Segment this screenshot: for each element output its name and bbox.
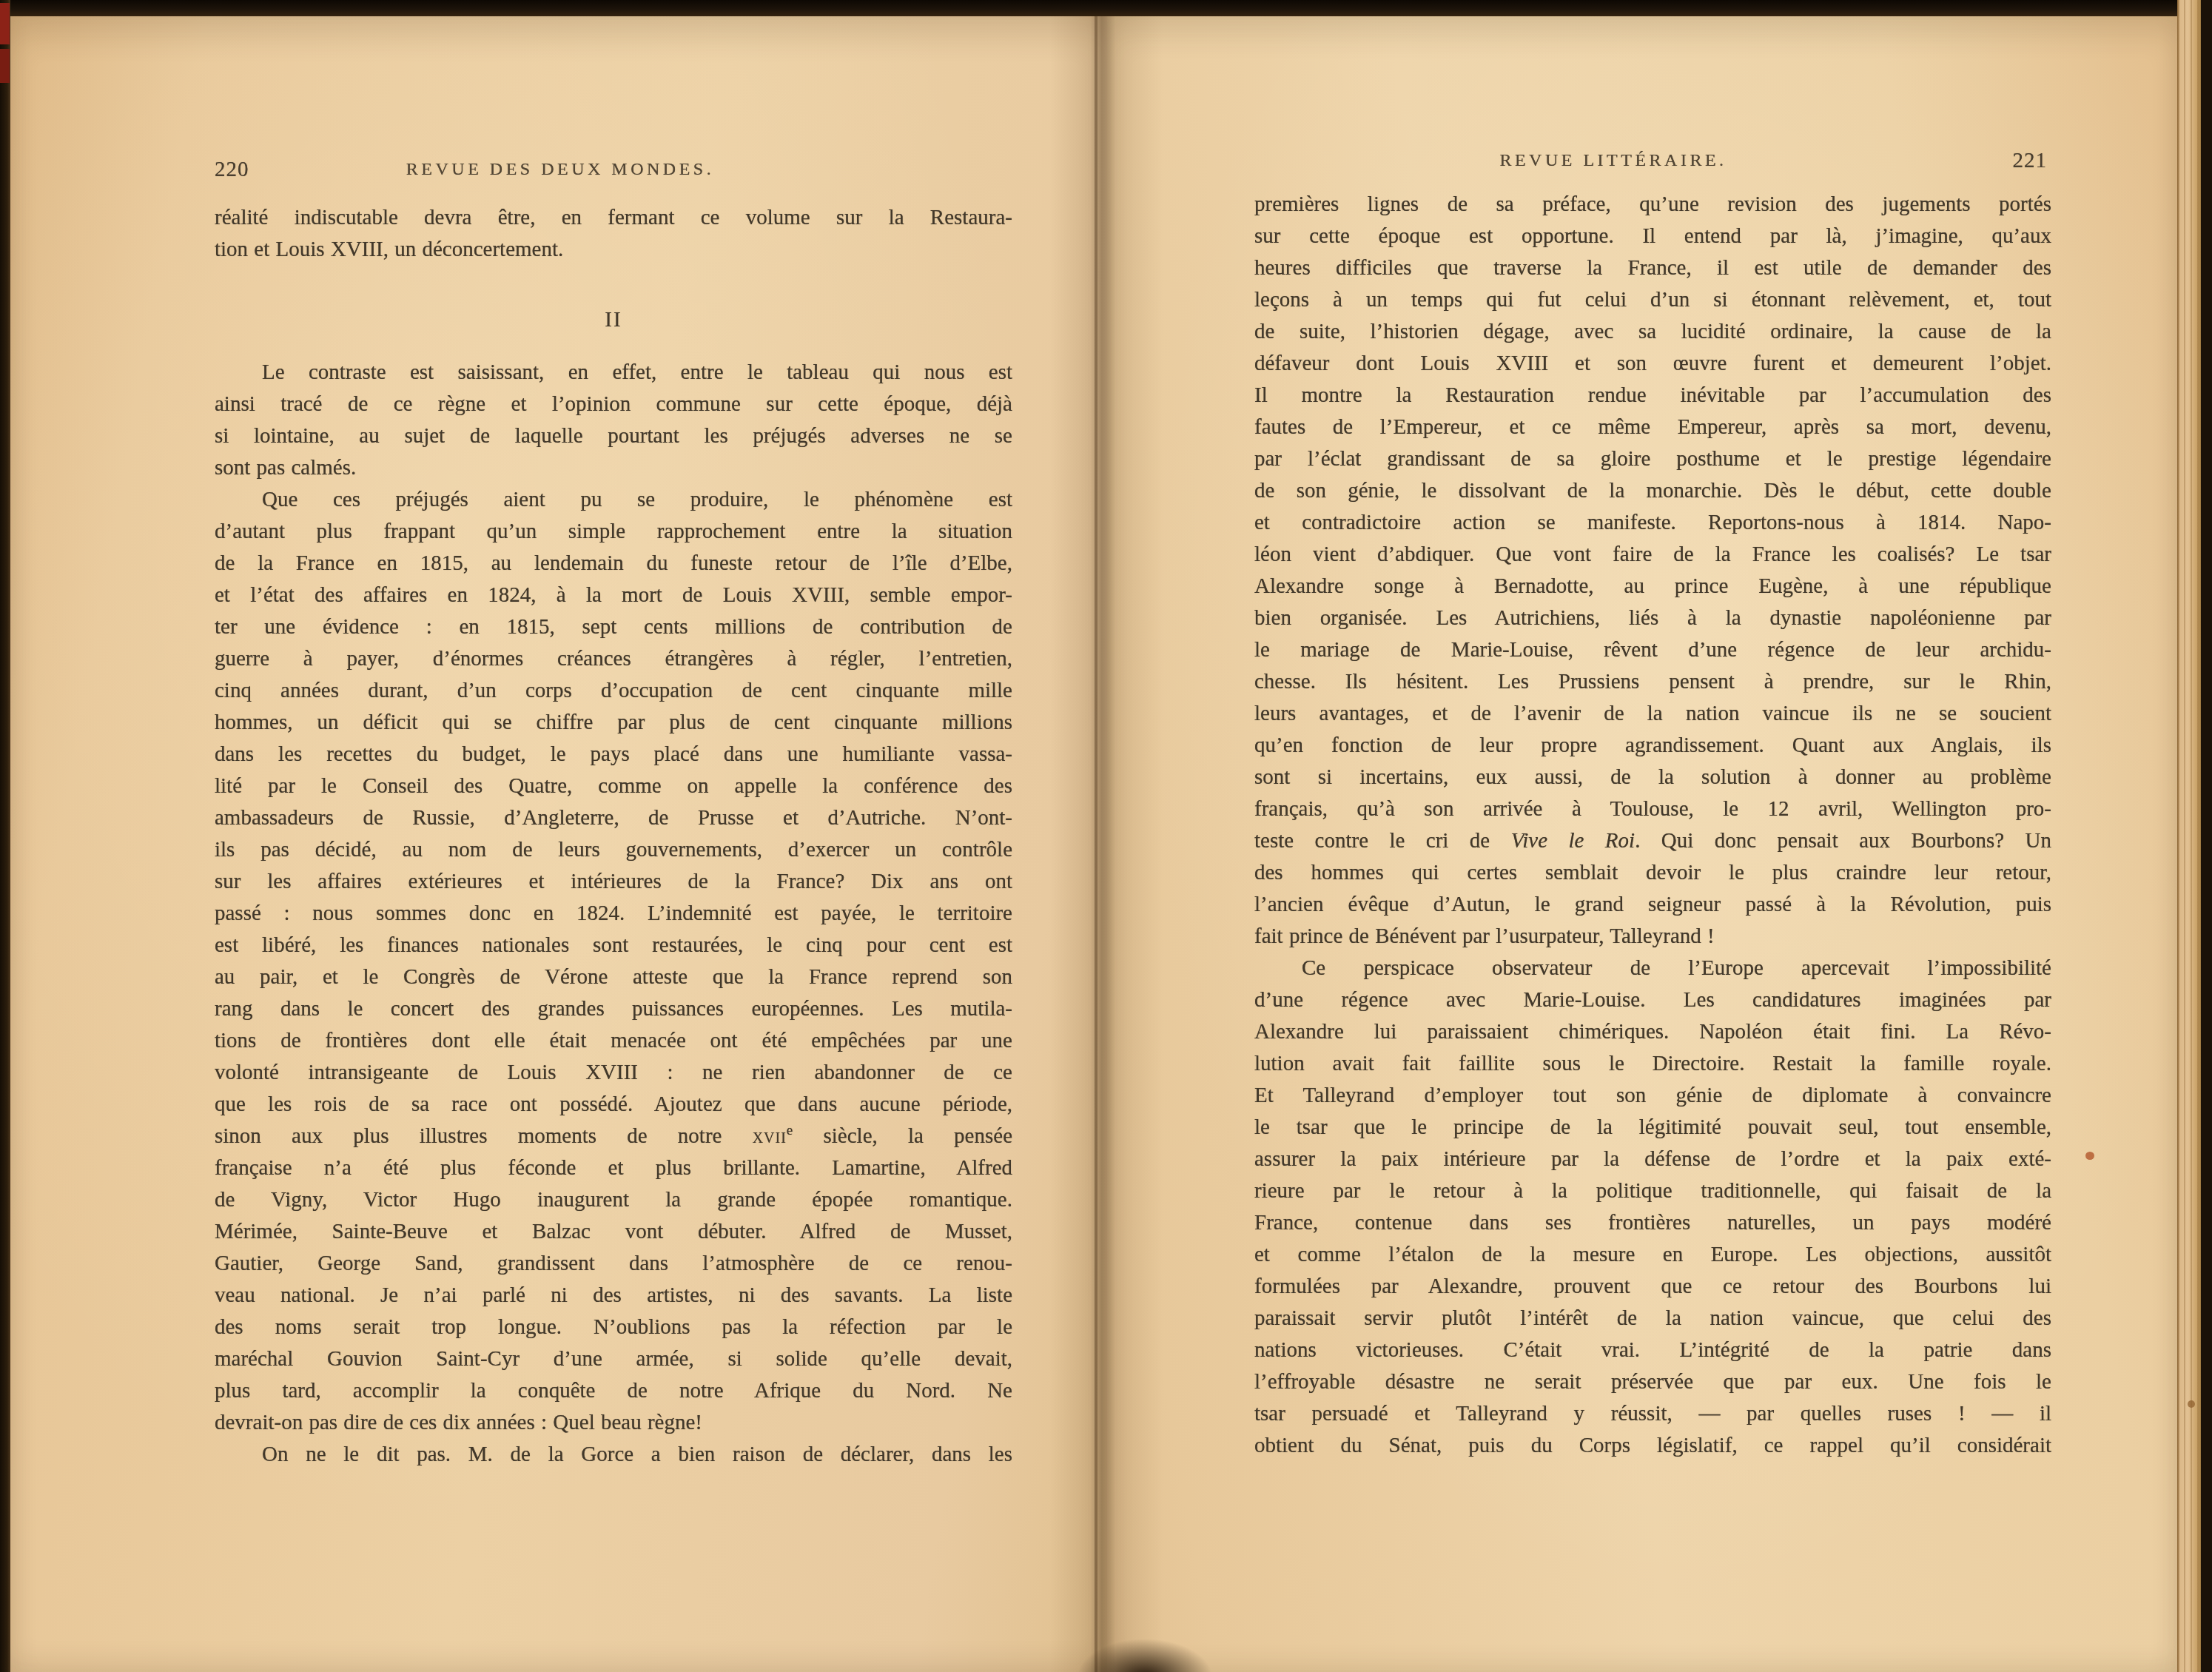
text-line: Que ces préjugés aient pu se produire, l… (215, 484, 1012, 516)
text-line: de son génie, le dissolvant de la monarc… (1254, 475, 2051, 507)
right-page-number: 221 (2013, 149, 2048, 173)
text-line: sinon aux plus illustres moments de notr… (215, 1121, 1012, 1152)
text-line: rieure par le retour à la politique trad… (1254, 1175, 2051, 1207)
book-left-edge (0, 0, 10, 1672)
text-line: devrait-on pas dire de ces dix années : … (215, 1407, 1012, 1439)
text-line: d’autant plus frappant qu’un simple rapp… (215, 516, 1012, 548)
text-line: fait prince de Bénévent par l’usurpateur… (1254, 921, 2051, 953)
section-body: Le contraste est saisissant, en effet, e… (215, 357, 1012, 1471)
text-line: dans les recettes du budget, le pays pla… (215, 739, 1012, 770)
text-line: ils pas décidé, au nom de leurs gouverne… (215, 834, 1012, 866)
book-top-edge (0, 0, 2212, 16)
text-line: lution avait fait faillite sous le Direc… (1254, 1048, 2051, 1080)
text-line: paraissait servir plutôt l’intérêt de la… (1254, 1303, 2051, 1334)
text-line: Ce perspicace observateur de l’Europe ap… (1254, 953, 2051, 984)
spine-red-mark-top (0, 3, 10, 44)
text-line: chesse. Ils hésitent. Les Prussiens pens… (1254, 666, 2051, 698)
text-line: teste contre le cri de Vive le Roi. Qui … (1254, 825, 2051, 857)
right-running-title: REVUE LITTÉRAIRE. (1499, 151, 1727, 171)
text-line: hommes, un déficit qui se chiffre par pl… (215, 707, 1012, 739)
text-line: l’effroyable désastre ne serait préservé… (1254, 1366, 2051, 1398)
text-line: qu’en fonction de leur propre agrandisse… (1254, 730, 2051, 762)
text-line: réalité indiscutable devra être, en ferm… (215, 202, 1012, 234)
text-line: veau national. Je n’ai parlé ni des arti… (215, 1280, 1012, 1312)
text-line: défaveur dont Louis XVIII et son œuvre f… (1254, 348, 2051, 380)
text-line: rang dans le concert des grandes puissan… (215, 993, 1012, 1025)
book-spread-photo: 220 REVUE DES DEUX MONDES. réalité indis… (0, 0, 2212, 1672)
text-line: fautes de l’Empereur, et ce même Empereu… (1254, 412, 2051, 443)
text-line: le tsar que le principe de la légitimité… (1254, 1112, 2051, 1144)
text-line: bien organisée. Les Autrichiens, liés à … (1254, 602, 2051, 634)
text-line: assurer la paix intérieure par la défens… (1254, 1144, 2051, 1175)
text-line: guerre à payer, d’énormes créances étran… (215, 643, 1012, 675)
text-line: et l’état des affaires en 1824, à la mor… (215, 580, 1012, 611)
text-line: Le contraste est saisissant, en effet, e… (215, 357, 1012, 389)
text-line: leçons à un temps qui fut celui d’un si … (1254, 284, 2051, 316)
text-line: lité par le Conseil des Quatre, comme on… (215, 770, 1012, 802)
text-line: Gautier, George Sand, grandissent dans l… (215, 1248, 1012, 1280)
text-line: est libéré, les finances nationales sont… (215, 930, 1012, 961)
text-line: de la France en 1815, au lendemain du fu… (215, 548, 1012, 580)
text-line: France, contenue dans ses frontières nat… (1254, 1207, 2051, 1239)
text-line: tion et Louis XVIII, un déconcertement. (215, 234, 1012, 266)
right-page-text: premières lignes de sa préface, qu’une r… (1254, 189, 2051, 1462)
text-line: Mérimée, Sainte-Beuve et Balzac vont déb… (215, 1216, 1012, 1248)
text-line: sont pas calmés. (215, 452, 1012, 484)
section-heading: II (215, 304, 1012, 336)
text-line: des hommes qui certes semblait devoir le… (1254, 857, 2051, 889)
text-line: française n’a été plus féconde et plus b… (215, 1152, 1012, 1184)
text-line: plus tard, accomplir la conquête de notr… (215, 1375, 1012, 1407)
book-right-edge (2201, 0, 2212, 1672)
text-line: et comme l’étalon de la mesure en Europe… (1254, 1239, 2051, 1271)
text-line: passé : nous sommes donc en 1824. L’inde… (215, 898, 1012, 930)
text-line: des noms serait trop longue. N’oublions … (215, 1312, 1012, 1343)
text-line: si lointaine, au sujet de laquelle pourt… (215, 420, 1012, 452)
text-line: volonté intransigeante de Louis XVIII : … (215, 1057, 1012, 1089)
right-running-head: REVUE LITTÉRAIRE. 221 (1254, 151, 2051, 176)
text-line: français, qu’à son arrivée à Toulouse, l… (1254, 793, 2051, 825)
text-line: On ne le dit pas. M. de la Gorce a bien … (215, 1439, 1012, 1471)
left-running-head: 220 REVUE DES DEUX MONDES. (215, 160, 1012, 185)
page-edge-stack (2177, 0, 2201, 1672)
text-line: tsar persuadé et Talleyrand y réussit, —… (1254, 1398, 2051, 1430)
paragraph-continuation: réalité indiscutable devra être, en ferm… (215, 202, 1012, 266)
text-line: le mariage de Marie-Louise, rêvent d’une… (1254, 634, 2051, 666)
text-line: au pair, et le Congrès de Vérone atteste… (215, 961, 1012, 993)
text-line: ter une évidence : en 1815, sept cents m… (215, 611, 1012, 643)
text-line: formulées par Alexandre, prouvent que ce… (1254, 1271, 2051, 1303)
text-line: Et Talleyrand d’employer tout son génie … (1254, 1080, 2051, 1112)
text-line: heures difficiles que traverse la France… (1254, 252, 2051, 284)
text-line: Alexandre songe à Bernadotte, au prince … (1254, 571, 2051, 602)
text-line: de suite, l’historien dégage, avec sa lu… (1254, 316, 2051, 348)
text-line: sur les affaires extérieures et intérieu… (215, 866, 1012, 898)
text-line: maréchal Gouvion Saint-Cyr d’une armée, … (215, 1343, 1012, 1375)
text-line: Il montre la Restauration rendue inévita… (1254, 380, 2051, 412)
page-body: premières lignes de sa préface, qu’une r… (1254, 189, 2051, 1462)
text-line: nations victorieuses. C’était vrai. L’in… (1254, 1334, 2051, 1366)
text-line: sont si incertains, eux aussi, de la sol… (1254, 762, 2051, 793)
text-line: léon vient d’abdiquer. Que vont faire de… (1254, 539, 2051, 571)
text-line: premières lignes de sa préface, qu’une r… (1254, 189, 2051, 221)
text-line: de Vigny, Victor Hugo inaugurent la gran… (215, 1184, 1012, 1216)
text-line: ambassadeurs de Russie, d’Angleterre, de… (215, 802, 1012, 834)
text-line: tions de frontières dont elle était mena… (215, 1025, 1012, 1057)
spine-red-mark-bottom (0, 49, 10, 83)
text-line: obtient du Sénat, puis du Corps législat… (1254, 1430, 2051, 1462)
left-page: 220 REVUE DES DEUX MONDES. réalité indis… (10, 16, 1107, 1672)
text-line: d’une régence avec Marie-Louise. Les can… (1254, 984, 2051, 1016)
text-line: cinq années durant, d’un corps d’occupat… (215, 675, 1012, 707)
left-running-title: REVUE DES DEUX MONDES. (406, 160, 714, 180)
text-line: et contradictoire action se manifeste. R… (1254, 507, 2051, 539)
left-page-text: réalité indiscutable devra être, en ferm… (215, 202, 1012, 1471)
text-line: que les rois de sa race ont possédé. Ajo… (215, 1089, 1012, 1121)
left-page-number: 220 (215, 158, 249, 182)
text-line: leurs avantages, et de l’avenir de la na… (1254, 698, 2051, 730)
text-line: l’ancien évêque d’Autun, le grand seigne… (1254, 889, 2051, 921)
text-line: sur cette époque est opportune. Il enten… (1254, 221, 2051, 252)
text-line: par l’éclat grandissant de sa gloire pos… (1254, 443, 2051, 475)
text-line: ainsi tracé de ce règne et l’opinion com… (215, 389, 1012, 420)
right-page: REVUE LITTÉRAIRE. 221 premières lignes d… (1107, 16, 2177, 1672)
text-line: Alexandre lui paraissaient chimériques. … (1254, 1016, 2051, 1048)
